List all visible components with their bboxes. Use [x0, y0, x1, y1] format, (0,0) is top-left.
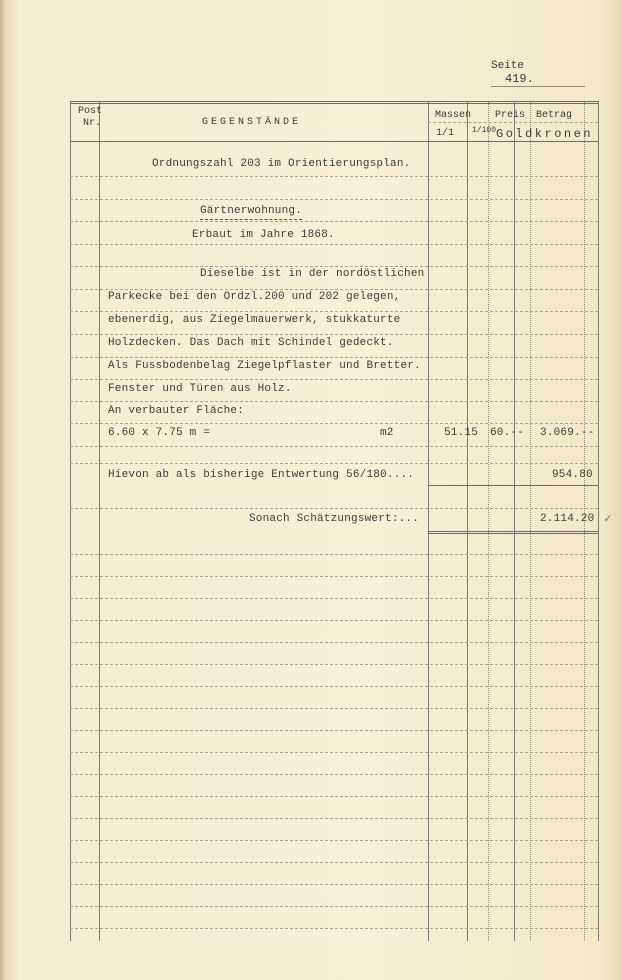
header-sub-line	[428, 122, 598, 123]
building-title: Gärtnerwohnung.	[200, 205, 302, 220]
row-rule	[70, 928, 598, 929]
row-rule	[70, 620, 598, 621]
row-rule	[70, 642, 598, 643]
row-rule	[70, 664, 598, 665]
row-rule	[70, 357, 598, 358]
row-rule	[70, 554, 598, 555]
page-number: Seite 419.	[491, 60, 622, 87]
header-top-line-2	[70, 103, 598, 104]
row-rule	[70, 423, 598, 424]
estimate-label: Sonach Schätzungswert:...	[249, 513, 419, 525]
row-rule	[70, 508, 598, 509]
row-rule	[70, 334, 598, 335]
col-line-left	[70, 101, 71, 941]
description-line-6: Fenster und Türen aus Holz.	[108, 383, 292, 395]
header-masses-fraction: 1/100	[472, 126, 496, 135]
row-rule	[70, 686, 598, 687]
area-calculation: 6.60 x 7.75 m =	[108, 427, 210, 439]
page-number-value: 419.	[491, 72, 585, 87]
row-rule	[70, 266, 598, 267]
header-currency: Goldkronen	[496, 127, 593, 141]
description-line-4: Holzdecken. Das Dach mit Schindel gedeck…	[108, 337, 394, 349]
row-rule	[70, 752, 598, 753]
col-line-right	[598, 101, 599, 941]
description-line-3: ebenerdig, aus Ziegelmauerwerk, stukkatu…	[108, 314, 400, 326]
area-value: 51.15	[444, 427, 478, 439]
header-masses: Massen	[435, 110, 471, 121]
description-line-2: Parkecke bei den Ordzl.200 und 202 geleg…	[108, 291, 400, 303]
row-rule	[70, 463, 598, 464]
estimate-amount: 2.114.20	[540, 513, 594, 525]
page-label: Seite	[491, 60, 524, 72]
description-line-7: An verbauter Fläche:	[108, 405, 244, 417]
row-rule	[70, 796, 598, 797]
col-line-masses	[467, 101, 468, 941]
header-amount: Betrag	[536, 110, 572, 121]
col-line-fraction	[488, 101, 489, 941]
row-rule	[70, 311, 598, 312]
row-rule	[70, 730, 598, 731]
row-rule	[70, 176, 598, 177]
header-price: Preis	[495, 110, 525, 121]
area-unit: m2	[380, 427, 394, 439]
row-rule	[70, 199, 598, 200]
header-bottom-line	[70, 141, 598, 142]
row-rule	[70, 840, 598, 841]
row-rule	[70, 221, 598, 222]
description-line-5: Als Fussbodenbelag Ziegelpflaster und Br…	[108, 360, 421, 372]
col-line-items	[428, 101, 429, 941]
depreciation-amount: 954.80	[552, 469, 593, 481]
ledger-table: Post Nr. GEGENSTÄNDE Massen Preis Betrag…	[70, 101, 598, 941]
built-year: Erbaut im Jahre 1868.	[192, 229, 335, 241]
col-line-price-sub	[530, 101, 531, 941]
row-rule	[70, 289, 598, 290]
gross-amount: 3.069.--	[540, 427, 594, 439]
row-rule	[70, 598, 598, 599]
row-rule	[70, 906, 598, 907]
row-rule	[70, 862, 598, 863]
header-masses-whole: 1/1	[436, 128, 454, 139]
header-nr: Nr.	[83, 118, 101, 129]
row-rule	[70, 884, 598, 885]
row-rule	[70, 818, 598, 819]
row-rule	[70, 379, 598, 380]
row-rule	[70, 446, 598, 447]
subtotal-rule	[428, 485, 598, 486]
row-rule	[70, 401, 598, 402]
header-post: Post	[78, 106, 102, 117]
total-double-rule	[428, 531, 598, 534]
col-line-post	[99, 101, 100, 941]
row-rule	[70, 244, 598, 245]
ordnungszahl-line: Ordnungszahl 203 im Orientierungsplan.	[152, 158, 410, 170]
row-rule	[70, 774, 598, 775]
description-line-1: Dieselbe ist in der nordöstlichen	[200, 268, 424, 280]
unit-price: 60.--	[490, 427, 524, 439]
header-top-line	[70, 101, 598, 102]
col-line-price	[514, 101, 515, 941]
row-rule	[70, 576, 598, 577]
row-rule	[70, 708, 598, 709]
depreciation-label: Hievon ab als bisherige Entwertung 56/18…	[108, 469, 414, 481]
header-items-title: GEGENSTÄNDE	[202, 117, 301, 128]
check-mark-icon: ✓	[604, 511, 612, 526]
